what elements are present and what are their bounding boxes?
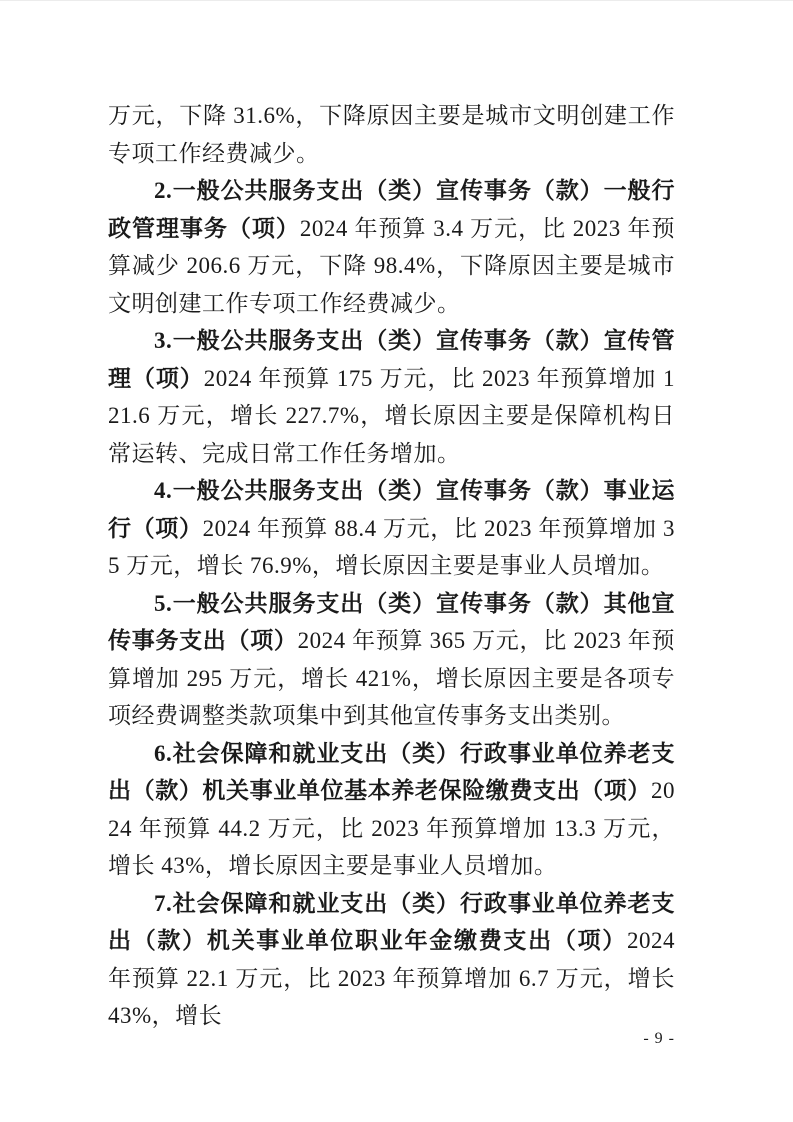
document-body: 万元，下降 31.6%，下降原因主要是城市文明创建工作专项工作经费减少。 2.一… xyxy=(108,97,675,1035)
paragraph-lead: 6.社会保障和就业支出（类）行政事业单位养老支出（款）机关事业单位基本养老保险缴… xyxy=(108,741,675,804)
paragraph-lead: 7.社会保障和就业支出（类）行政事业单位养老支出（款）机关事业单位职业年金缴费支… xyxy=(108,891,675,954)
paragraph-item-2: 2.一般公共服务支出（类）宣传事务（款）一般行政管理事务（项）2024 年预算 … xyxy=(108,172,675,322)
paragraph-body-text: 万元，下降 31.6%，下降原因主要是城市文明创建工作专项工作经费减少。 xyxy=(108,103,675,166)
paragraph-continuation: 万元，下降 31.6%，下降原因主要是城市文明创建工作专项工作经费减少。 xyxy=(108,97,675,172)
paragraph-item-5: 5.一般公共服务支出（类）宣传事务（款）其他宣传事务支出（项）2024 年预算 … xyxy=(108,585,675,735)
page-number: - 9 - xyxy=(643,1029,675,1049)
paragraph-item-6: 6.社会保障和就业支出（类）行政事业单位养老支出（款）机关事业单位基本养老保险缴… xyxy=(108,735,675,885)
document-page: { "document": { "paragraphs": [ { "lead"… xyxy=(0,0,793,1122)
paragraph-item-7: 7.社会保障和就业支出（类）行政事业单位养老支出（款）机关事业单位职业年金缴费支… xyxy=(108,885,675,1035)
paragraph-item-3: 3.一般公共服务支出（类）宣传事务（款）宣传管理（项）2024 年预算 175 … xyxy=(108,322,675,472)
paragraph-item-4: 4.一般公共服务支出（类）宣传事务（款）事业运行（项）2024 年预算 88.4… xyxy=(108,472,675,585)
